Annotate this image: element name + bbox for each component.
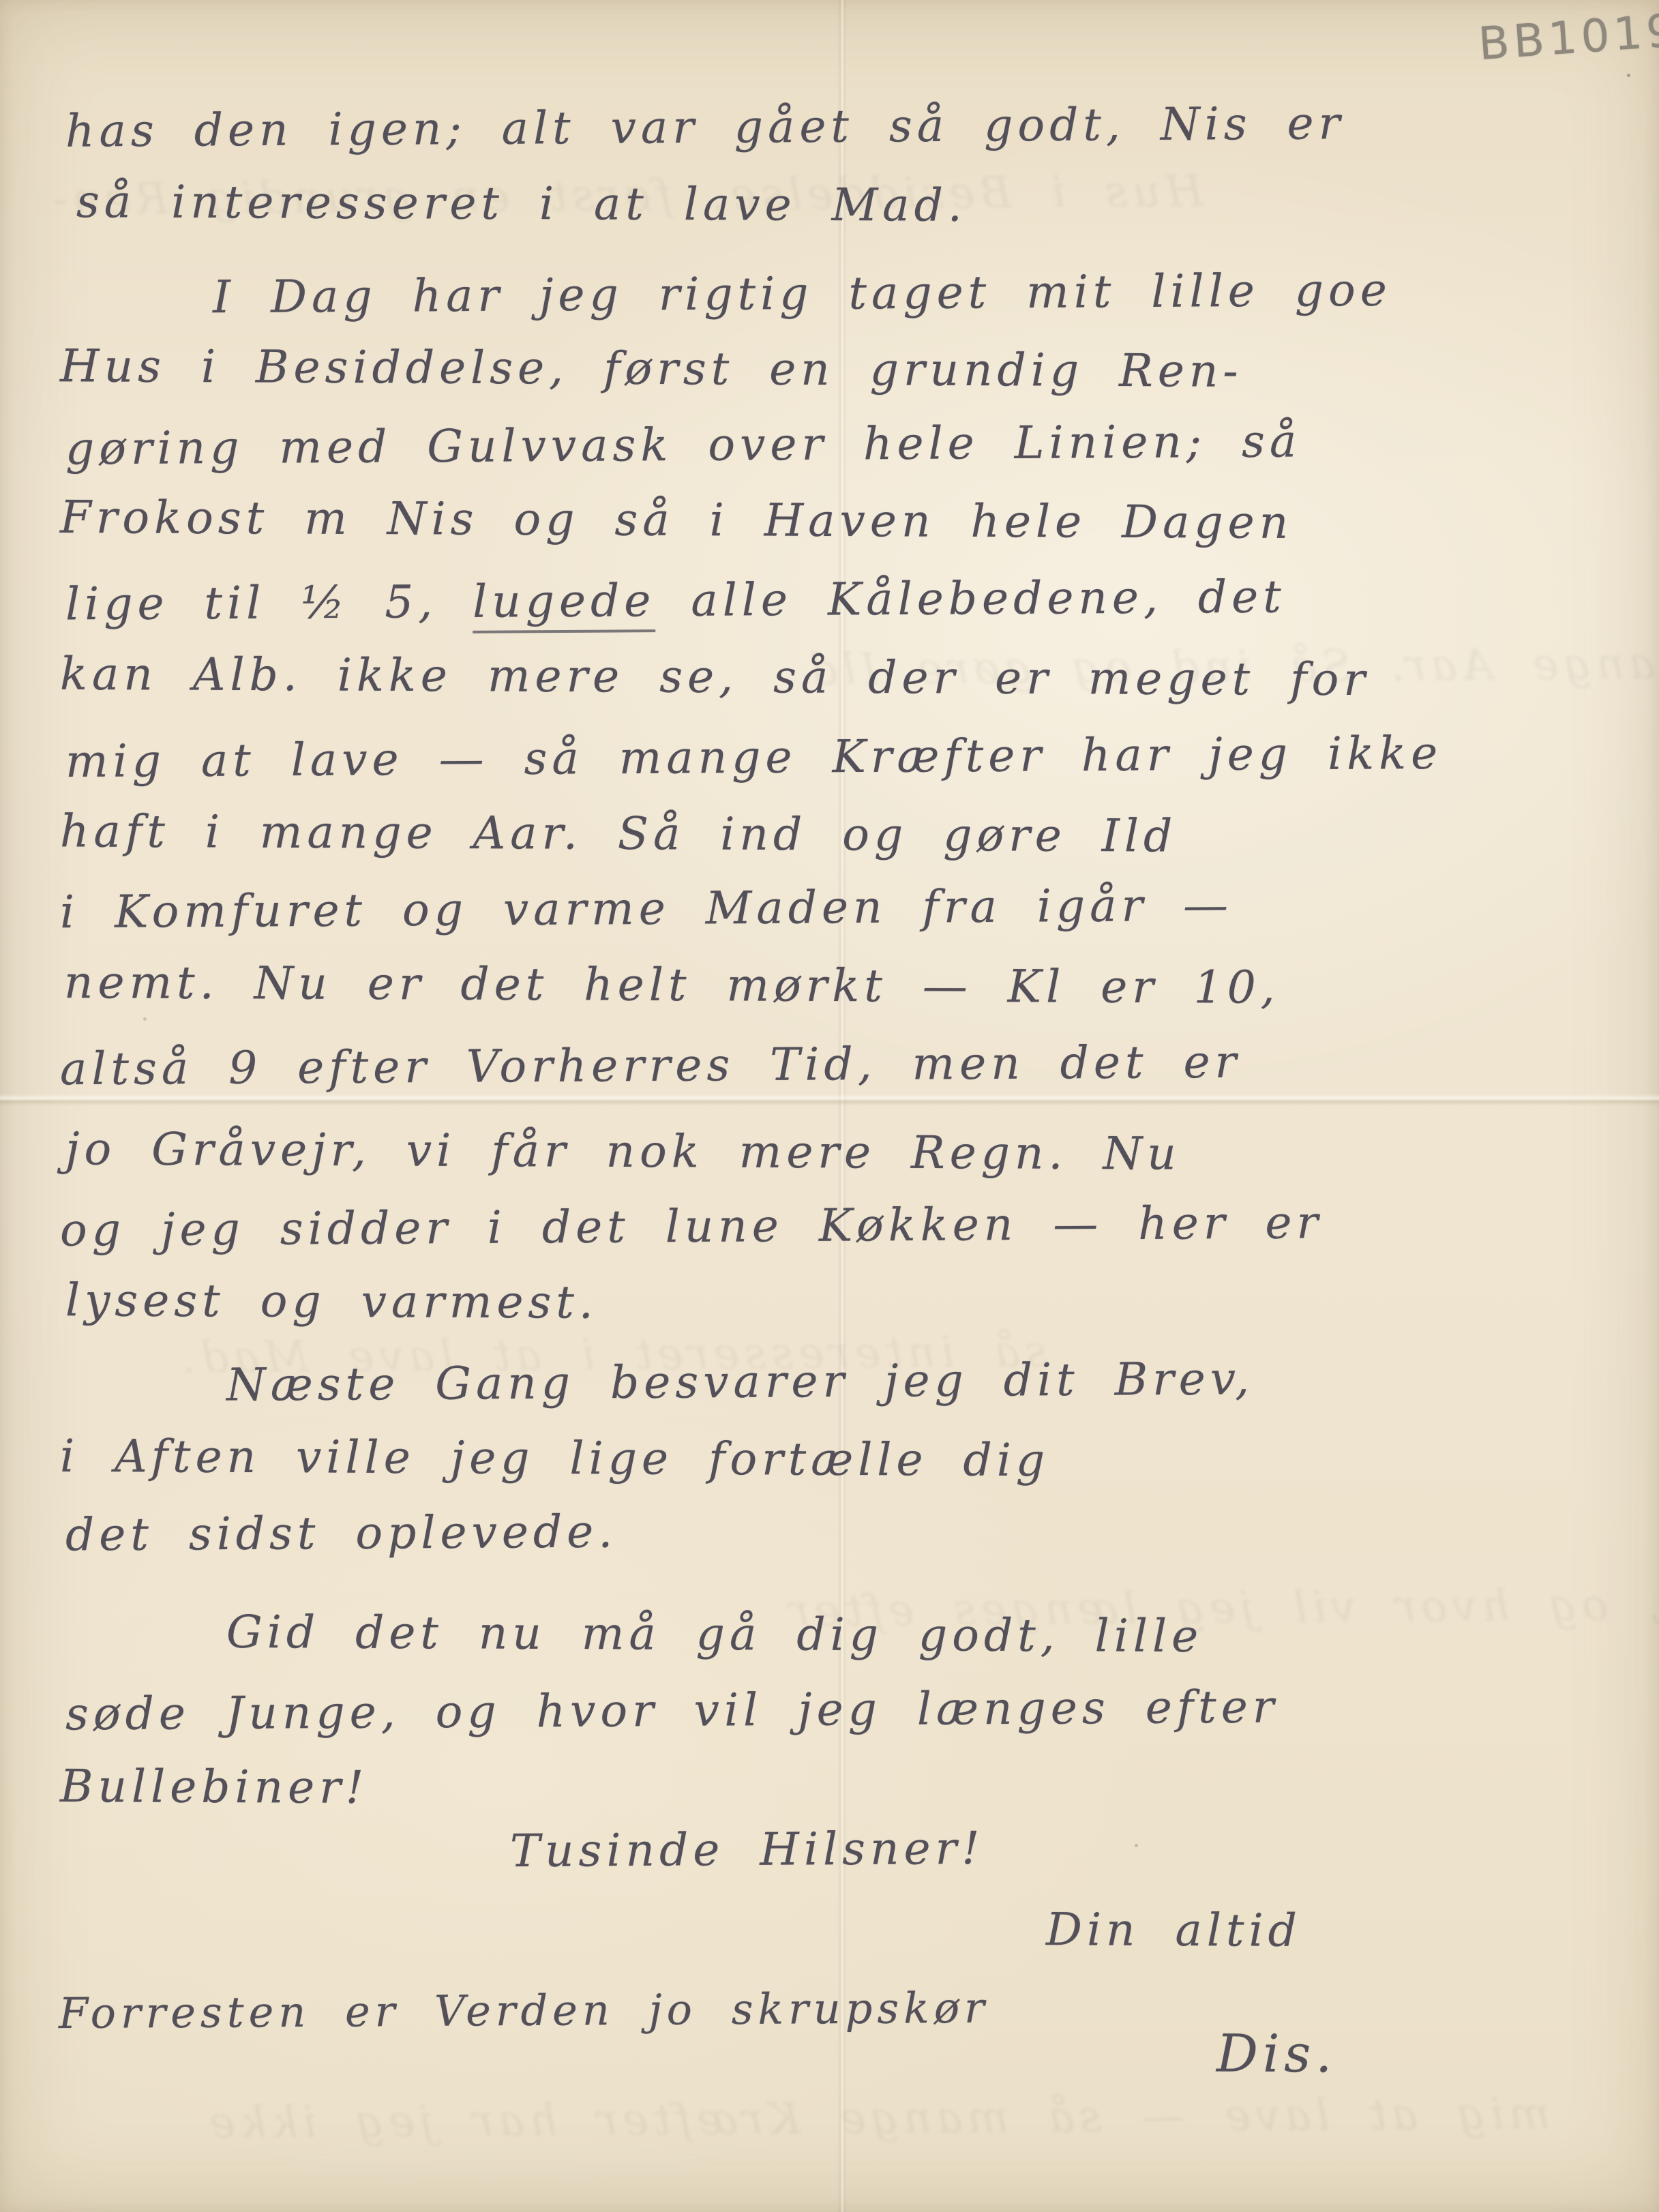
- paper-speck: [1627, 74, 1630, 77]
- signature: Dis.: [1216, 2027, 1337, 2082]
- letter-line-9: mig at lave — så mange Kræfter har jeg i…: [65, 730, 1443, 786]
- letter-line-17: Næste Gang besvarer jeg dit Brev,: [226, 1355, 1255, 1409]
- catalog-number: BB1019: [1477, 4, 1659, 70]
- letter-line-7-pre: lige til ½ 5,: [65, 576, 473, 631]
- letter-line-13: altså 9 efter Vorherres Tid, men det er: [60, 1038, 1241, 1093]
- letter-line-12: nemt. Nu er det helt mørkt — Kl er 10,: [64, 959, 1280, 1011]
- vertical-fold-crease: [837, 0, 847, 2212]
- postscript: Forresten er Verden jo skrupskør: [59, 1986, 989, 2035]
- letter-page: Hus i Besiddelse, først en grundig Ren- …: [0, 0, 1659, 2212]
- closing-valediction: Din altid: [1046, 1906, 1302, 1954]
- letter-line-6: Frokost m Nis og så i Haven hele Dagen: [60, 494, 1294, 546]
- letter-line-7: lige til ½ 5, lugede alle Kålebedene, de…: [65, 573, 1286, 628]
- letter-line-2: så interesseret i at lave Mad.: [76, 178, 967, 229]
- letter-line-3: I Dag har jeg rigtig taget mit lille goe: [213, 267, 1392, 321]
- letter-line-21: søde Junge, og hvor vil jeg længes efter: [65, 1684, 1279, 1738]
- letter-line-8: kan Alb. ikke mere se, så der er meget f…: [60, 651, 1370, 704]
- letter-line-18: i Aften ville jeg lige fortælle dig: [60, 1433, 1049, 1484]
- letter-line-16: lysest og varmest.: [65, 1276, 598, 1326]
- letter-line-15: og jeg sidder i det lune Køkken — her er: [60, 1199, 1323, 1254]
- letter-line-7-post: alle Kålebedene, det: [655, 571, 1286, 627]
- letter-line-22: Bullebiner!: [60, 1763, 369, 1811]
- paper-speck: [143, 1017, 147, 1021]
- horizontal-fold-crease: [0, 1094, 1659, 1106]
- closing-salutation: Tusinde Hilsner!: [510, 1825, 985, 1875]
- underlined-word: lugede: [473, 574, 656, 633]
- ink-bleedthrough: mig at lave — så mange Kræfter har jeg i…: [205, 2089, 1551, 2149]
- letter-line-5: gøring med Gulvvask over hele Linien; så: [65, 417, 1302, 472]
- letter-line-14: jo Gråvejr, vi får nok mere Regn. Nu: [65, 1125, 1181, 1177]
- letter-line-11: i Komfuret og varme Maden fra igår —: [60, 882, 1233, 936]
- letter-line-19: det sidst oplevede.: [65, 1508, 618, 1559]
- letter-line-1: has den igen; alt var gået så godt, Nis …: [65, 100, 1345, 155]
- letter-line-10: haft i mange Aar. Så ind og gøre Ild: [60, 807, 1178, 859]
- letter-line-20: Gid det nu må gå dig godt, lille: [226, 1609, 1203, 1660]
- letter-line-4: Hus i Besiddelse, først en grundig Ren-: [60, 342, 1243, 395]
- paper-speck: [1135, 1844, 1138, 1847]
